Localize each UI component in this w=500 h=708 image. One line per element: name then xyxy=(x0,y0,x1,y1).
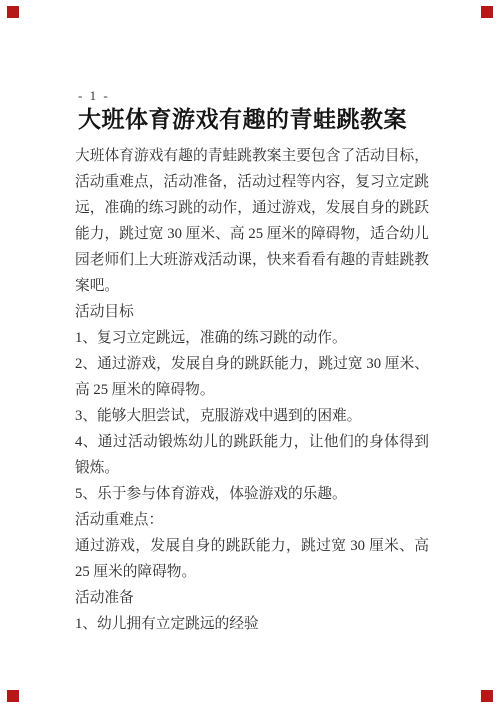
section-heading-preparation: 活动准备 xyxy=(75,585,429,611)
section-heading-activity-goals: 活动目标 xyxy=(75,299,429,325)
corner-mark-top-left xyxy=(7,6,19,18)
corner-mark-bottom-right xyxy=(481,690,493,702)
section-heading-key-difficulties: 活动重难点： xyxy=(75,507,429,533)
document-body: 大班体育游戏有趣的青蛙跳教案主要包含了活动目标，活动重难点，活动准备，活动过程等… xyxy=(75,143,429,637)
goal-item-5: 5、乐于参与体育游戏，体验游戏的乐趣。 xyxy=(75,481,429,507)
document-title: 大班体育游戏有趣的青蛙跳教案 xyxy=(78,104,407,136)
corner-mark-top-right xyxy=(481,6,493,18)
corner-mark-bottom-left xyxy=(7,690,19,702)
page-number: - 1 - xyxy=(78,88,110,103)
key-difficulties-text: 通过游戏，发展自身的跳跃能力，跳过宽 30 厘米、高 25 厘米的障碍物。 xyxy=(75,533,429,585)
preparation-item-1: 1、幼儿拥有立定跳远的经验 xyxy=(75,611,429,637)
goal-item-4: 4、通过活动锻炼幼儿的跳跃能力，让他们的身体得到锻炼。 xyxy=(75,429,429,481)
goal-item-2: 2、通过游戏，发展自身的跳跃能力，跳过宽 30 厘米、高 25 厘米的障碍物。 xyxy=(75,351,429,403)
document-page: - 1 - 大班体育游戏有趣的青蛙跳教案 大班体育游戏有趣的青蛙跳教案主要包含了… xyxy=(0,0,500,708)
goal-item-3: 3、能够大胆尝试，克服游戏中遇到的困难。 xyxy=(75,403,429,429)
goal-item-1: 1、复习立定跳远，准确的练习跳的动作。 xyxy=(75,325,429,351)
intro-paragraph: 大班体育游戏有趣的青蛙跳教案主要包含了活动目标，活动重难点，活动准备，活动过程等… xyxy=(75,143,429,299)
